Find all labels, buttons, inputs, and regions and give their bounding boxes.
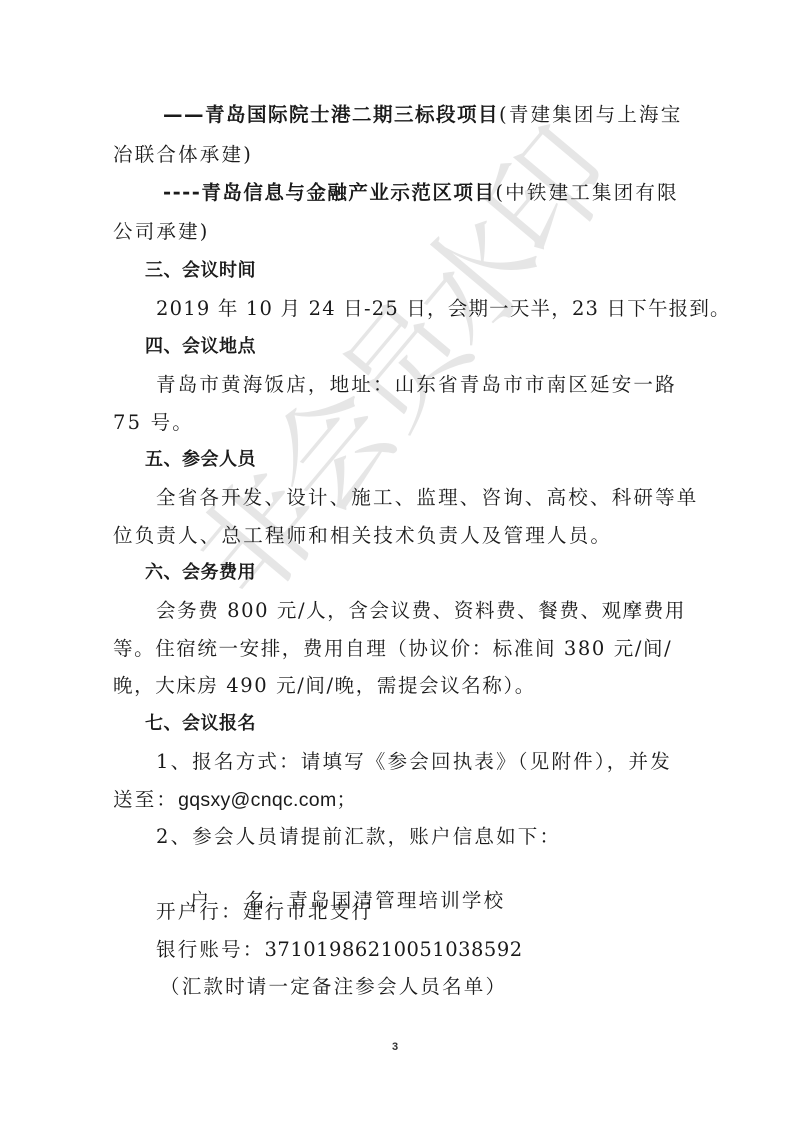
page-number: 3 <box>392 1041 398 1053</box>
send-to-label: 送至： <box>113 788 178 811</box>
section-heading-fees: 六、会务费用 <box>145 560 256 586</box>
project-contractor-cont: 公司承建) <box>113 219 210 245</box>
punctuation: ； <box>337 788 359 811</box>
account-number-row: 银行账号：37101986210051038592 <box>156 937 523 963</box>
section-body-location-cont: 75 号。 <box>113 410 194 436</box>
project-contractor: (青建集团与上海宝 <box>499 103 682 126</box>
section-body-fees: 会务费 800 元/人，含会议费、资料费、餐费、观摩费用 <box>156 598 686 624</box>
bank-label: 开户行： <box>156 900 243 923</box>
section-body-attendees-cont: 位负责人、总工程师和相关技术负责人及管理人员。 <box>113 523 612 549</box>
section-heading-registration: 七、会议报名 <box>145 711 256 737</box>
section-heading-time: 三、会议时间 <box>145 258 256 284</box>
project-name: ----青岛信息与金融产业示范区项目 <box>163 181 495 204</box>
project-line: ----青岛信息与金融产业示范区项目(中铁建工集团有限 <box>163 180 679 206</box>
document-page: 非会员水印 ——青岛国际院士港二期三标段项目(青建集团与上海宝 冶联合体承建) … <box>0 0 793 1122</box>
section-body-fees-cont: 等。住宿统一安排，费用自理（协议价：标准间 380 元/间/ <box>113 636 672 662</box>
project-contractor: (中铁建工集团有限 <box>495 181 678 204</box>
project-line: ——青岛国际院士港二期三标段项目(青建集团与上海宝 <box>163 102 682 128</box>
section-body-location: 青岛市黄海饭店，地址：山东省青岛市市南区延安一路 <box>156 372 677 398</box>
section-body-fees-cont2: 晚，大床房 490 元/间/晚，需提会议名称）。 <box>113 673 536 699</box>
bank-row: 开户行：建行市北支行 <box>156 899 373 925</box>
project-contractor-cont: 冶联合体承建) <box>113 142 253 168</box>
payment-instructions: 2、参会人员请提前汇款，账户信息如下： <box>156 824 561 850</box>
section-body-attendees: 全省各开发、设计、施工、监理、咨询、高校、科研等单 <box>156 485 699 511</box>
account-number-label: 银行账号： <box>156 938 265 961</box>
registration-method-cont: 送至：gqsxy@cnqc.com； <box>113 787 358 813</box>
section-body-time: 2019 年 10 月 24 日-25 日，会期一天半，23 日下午报到。 <box>156 296 731 322</box>
registration-email-link[interactable]: gqsxy@cnqc.com <box>178 789 336 811</box>
bank-value: 建行市北支行 <box>243 900 373 923</box>
remittance-note: （汇款时请一定备注参会人员名单） <box>160 974 507 1000</box>
section-heading-location: 四、会议地点 <box>145 334 256 360</box>
account-number-value: 37101986210051038592 <box>265 938 523 961</box>
project-name: ——青岛国际院士港二期三标段项目 <box>163 103 499 126</box>
section-heading-attendees: 五、参会人员 <box>145 447 256 473</box>
registration-method: 1、报名方式：请填写《参会回执表》（见附件），并发 <box>156 749 672 775</box>
